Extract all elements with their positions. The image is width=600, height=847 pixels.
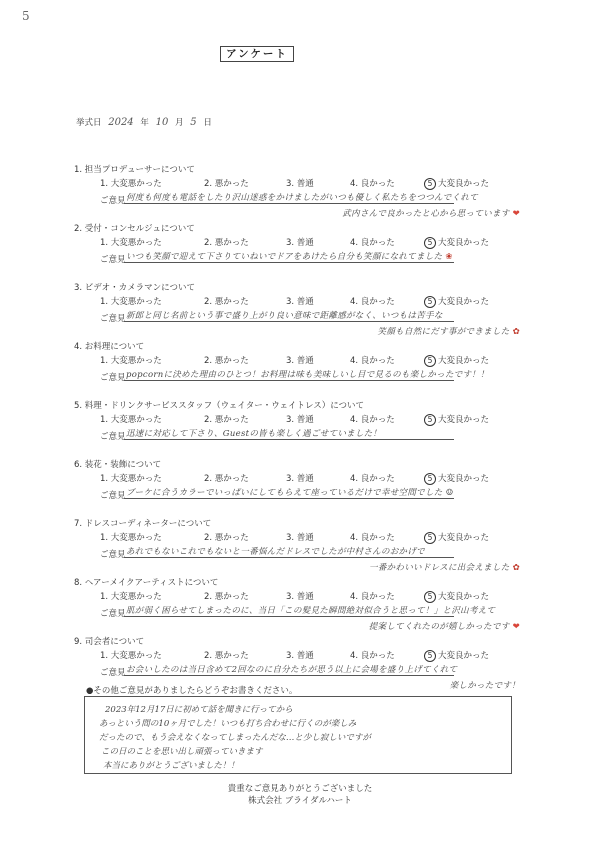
rating-option-5[interactable]: 5大変良かった (424, 649, 489, 662)
opinion-label: ご意見 (100, 312, 126, 324)
opinion-underline (124, 557, 454, 558)
rating-option-5-label: 大変良かった (438, 474, 489, 484)
opinion-comment-continued: 武内さんで良かったと心から思っています ❤ (342, 207, 520, 219)
opinion-comment-continued: 一番かわいいドレスに出会えました ✿ (369, 561, 520, 573)
selected-circle-icon: 5 (424, 178, 436, 190)
rating-option-3[interactable]: 3. 普通 (286, 413, 314, 425)
rating-option-5-label: 大変良かった (438, 238, 489, 248)
rating-option-2[interactable]: 2. 悪かった (204, 413, 249, 425)
rating-option-1[interactable]: 1. 大変悪かった (100, 531, 162, 543)
selected-circle-icon: 5 (424, 296, 436, 308)
opinion-comment-continued: 楽しかったです！ (450, 679, 520, 691)
ceremony-date: 挙式日 2024 年 10 月 5 日 (76, 116, 212, 128)
opinion-comment: 新郎と同じ名前という事で盛り上がり良い意味で距離感がなく、いつもは苦手な (126, 309, 443, 321)
selected-circle-icon: 5 (424, 532, 436, 544)
selected-circle-icon: 5 (424, 355, 436, 367)
ceremony-day: 5 (190, 117, 196, 128)
opinion-comment: いつも笑顔で迎えて下さりていねいでドアをあけたら自分も笑顔になれてました ❀ (126, 250, 453, 262)
opinion-comment: あれでもないこれでもないと一番悩んだドレスでしたが中村さんのおかげで (126, 545, 425, 557)
rating-option-5-label: 大変良かった (438, 179, 489, 189)
footer-company: 株式会社 ブライダルハート (0, 794, 600, 806)
rating-option-1[interactable]: 1. 大変悪かった (100, 295, 162, 307)
rating-option-2[interactable]: 2. 悪かった (204, 236, 249, 248)
question-title: 3. ビデオ・カメラマンについて (74, 281, 195, 293)
opinion-label: ご意見 (100, 548, 126, 560)
ceremony-month: 10 (156, 117, 169, 128)
rating-option-5[interactable]: 5大変良かった (424, 531, 489, 544)
rating-option-3[interactable]: 3. 普通 (286, 531, 314, 543)
opinion-comment-continued: 笑顔も自然にだす事ができました ✿ (378, 325, 520, 337)
rating-option-4[interactable]: 4. 良かった (350, 295, 395, 307)
ceremony-date-label: 挙式日 (76, 118, 102, 128)
opinion-label: ご意見 (100, 253, 126, 265)
rating-option-1[interactable]: 1. 大変悪かった (100, 236, 162, 248)
other-line: 2023年12月17日に初めて話を聞きに行ってから (105, 703, 293, 715)
opinion-comment: ブーケに合うカラーでいっぱいにしてもらえて座っているだけで幸せ空間でした ☺ (126, 486, 454, 498)
rating-option-2[interactable]: 2. 悪かった (204, 472, 249, 484)
selected-circle-icon: 5 (424, 414, 436, 426)
rating-option-1[interactable]: 1. 大変悪かった (100, 649, 162, 661)
rating-option-4[interactable]: 4. 良かった (350, 472, 395, 484)
rating-option-3[interactable]: 3. 普通 (286, 472, 314, 484)
rating-option-5[interactable]: 5大変良かった (424, 295, 489, 308)
rating-option-4[interactable]: 4. 良かった (350, 531, 395, 543)
rating-option-5[interactable]: 5大変良かった (424, 472, 489, 485)
rating-option-3[interactable]: 3. 普通 (286, 590, 314, 602)
rating-option-2[interactable]: 2. 悪かった (204, 590, 249, 602)
page-title: アンケート (220, 46, 294, 62)
rating-option-3[interactable]: 3. 普通 (286, 354, 314, 366)
flower-icon: ✿ (510, 327, 520, 337)
opinion-label: ご意見 (100, 194, 126, 206)
footer-thanks: 貴重なご意見ありがとうございました (0, 782, 600, 794)
rating-option-4[interactable]: 4. 良かった (350, 354, 395, 366)
question-title: 5. 料理・ドリンクサービススタッフ（ウェイター・ウェイトレス）について (74, 399, 364, 411)
opinion-label: ご意見 (100, 489, 126, 501)
rating-option-5[interactable]: 5大変良かった (424, 590, 489, 603)
rating-option-2[interactable]: 2. 悪かった (204, 354, 249, 366)
rating-option-2[interactable]: 2. 悪かった (204, 649, 249, 661)
opinion-underline (124, 203, 454, 204)
smiley-icon: ☺ (443, 488, 454, 498)
other-line: 本当にありがとうございました！！ (103, 759, 239, 771)
opinion-label: ご意見 (100, 666, 126, 678)
rating-option-2[interactable]: 2. 悪かった (204, 295, 249, 307)
rating-option-1[interactable]: 1. 大変悪かった (100, 177, 162, 189)
question-title: 2. 受付・コンセルジュについて (74, 222, 195, 234)
opinion-underline (124, 439, 454, 440)
rating-option-5[interactable]: 5大変良かった (424, 236, 489, 249)
opinion-underline (124, 498, 454, 499)
question-title: 6. 装花・装飾について (74, 458, 161, 470)
opinion-underline (124, 380, 454, 381)
flower-icon: ✿ (510, 563, 520, 573)
opinion-label: ご意見 (100, 607, 126, 619)
flower-icon: ❀ (442, 252, 452, 262)
selected-circle-icon: 5 (424, 591, 436, 603)
opinion-comment: popcornに決めた理由のひとつ！お料理は味も美味しいし目で見るのも楽しかった… (126, 368, 489, 380)
rating-option-1[interactable]: 1. 大変悪かった (100, 413, 162, 425)
rating-option-1[interactable]: 1. 大変悪かった (100, 590, 162, 602)
opinion-comment-continued: 提案してくれたのが嬉しかったです ❤ (369, 620, 520, 632)
heart-icon: ❤ (510, 622, 520, 632)
rating-option-5-label: 大変良かった (438, 356, 489, 366)
rating-option-5[interactable]: 5大変良かった (424, 177, 489, 190)
rating-option-4[interactable]: 4. 良かった (350, 649, 395, 661)
opinion-underline (124, 262, 454, 263)
rating-option-3[interactable]: 3. 普通 (286, 295, 314, 307)
selected-circle-icon: 5 (424, 473, 436, 485)
question-title: 4. お料理について (74, 340, 144, 352)
opinion-comment: 肌が弱く困らせてしまったのに、当日「この髪見た瞬間絶対似合うと思って！」と沢山考… (126, 604, 495, 616)
month-unit: 月 (175, 118, 184, 128)
year-unit: 年 (140, 118, 149, 128)
rating-option-1[interactable]: 1. 大変悪かった (100, 354, 162, 366)
rating-option-5-label: 大変良かった (438, 592, 489, 602)
page-number: 5 (22, 9, 30, 23)
rating-option-3[interactable]: 3. 普通 (286, 177, 314, 189)
opinion-comment: 迅速に対応して下さり、Guestの皆も楽しく過ごせていました！ (126, 427, 381, 439)
rating-option-5[interactable]: 5大変良かった (424, 413, 489, 426)
question-title: 8. ヘアーメイクアーティストについて (74, 576, 218, 588)
rating-option-5-label: 大変良かった (438, 415, 489, 425)
rating-option-1[interactable]: 1. 大変悪かった (100, 472, 162, 484)
opinion-label: ご意見 (100, 430, 126, 442)
rating-option-4[interactable]: 4. 良かった (350, 177, 395, 189)
rating-option-3[interactable]: 3. 普通 (286, 236, 314, 248)
rating-option-4[interactable]: 4. 良かった (350, 590, 395, 602)
other-comments-box: 2023年12月17日に初めて話を聞きに行ってから あっという間の10ヶ月でした… (84, 696, 512, 774)
opinion-underline (124, 321, 454, 322)
ceremony-year: 2024 (108, 117, 133, 128)
opinion-underline (124, 675, 454, 676)
opinion-comment: 何度も何度も電話をしたり沢山迷惑をかけましたがいつも優しく私たちをつつんでくれて (126, 191, 478, 203)
question-title: 9. 司会者について (74, 635, 144, 647)
other-line: この日のことを思い出し頑張っていきます (101, 745, 263, 757)
rating-option-5-label: 大変良かった (438, 533, 489, 543)
rating-option-3[interactable]: 3. 普通 (286, 649, 314, 661)
opinion-comment: お会いしたのは当日含めて2回なのに自分たちが思う以上に会場を盛り上げてくれて (126, 663, 457, 675)
heart-icon: ❤ (510, 209, 520, 219)
rating-option-5-label: 大変良かった (438, 297, 489, 307)
selected-circle-icon: 5 (424, 650, 436, 662)
selected-circle-icon: 5 (424, 237, 436, 249)
rating-option-2[interactable]: 2. 悪かった (204, 531, 249, 543)
rating-option-5[interactable]: 5大変良かった (424, 354, 489, 367)
rating-option-5-label: 大変良かった (438, 651, 489, 661)
question-title: 1. 担当プロデューサーについて (74, 163, 195, 175)
other-line: だったので、もう会えなくなってしまったんだな…と少し寂しいですが (99, 731, 371, 743)
opinion-label: ご意見 (100, 371, 126, 383)
rating-option-2[interactable]: 2. 悪かった (204, 177, 249, 189)
rating-option-4[interactable]: 4. 良かった (350, 236, 395, 248)
rating-option-4[interactable]: 4. 良かった (350, 413, 395, 425)
question-title: 7. ドレスコーディネーターについて (74, 517, 211, 529)
day-unit: 日 (203, 118, 212, 128)
other-comments-title: ●その他ご意見がありましたらどうぞお書きください。 (86, 684, 297, 696)
opinion-underline (124, 616, 454, 617)
other-line: あっという間の10ヶ月でした！いつも打ち合わせに行くのが楽しみ (99, 717, 356, 729)
